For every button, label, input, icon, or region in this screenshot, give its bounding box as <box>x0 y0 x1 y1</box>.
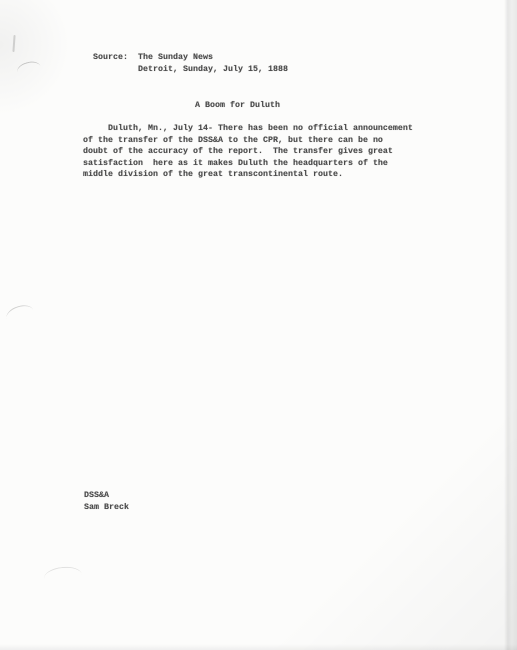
paper-curl-mark <box>16 59 43 79</box>
paper-curl-mark <box>43 565 83 588</box>
scanned-document-page: Source: The Sunday News Detroit, Sunday,… <box>0 0 517 650</box>
scan-artifact-line <box>12 35 15 52</box>
page-bottom-edge-shadow <box>0 644 517 650</box>
article-body: Duluth, Mn., July 14- There has been no … <box>83 123 413 181</box>
page-right-edge-shadow <box>504 0 517 650</box>
footer-notation: DSS&A Sam Breck <box>84 490 129 513</box>
source-citation: Source: The Sunday News Detroit, Sunday,… <box>93 52 288 75</box>
paper-curl-mark <box>4 302 36 327</box>
article-title: A Boom for Duluth <box>195 100 280 112</box>
